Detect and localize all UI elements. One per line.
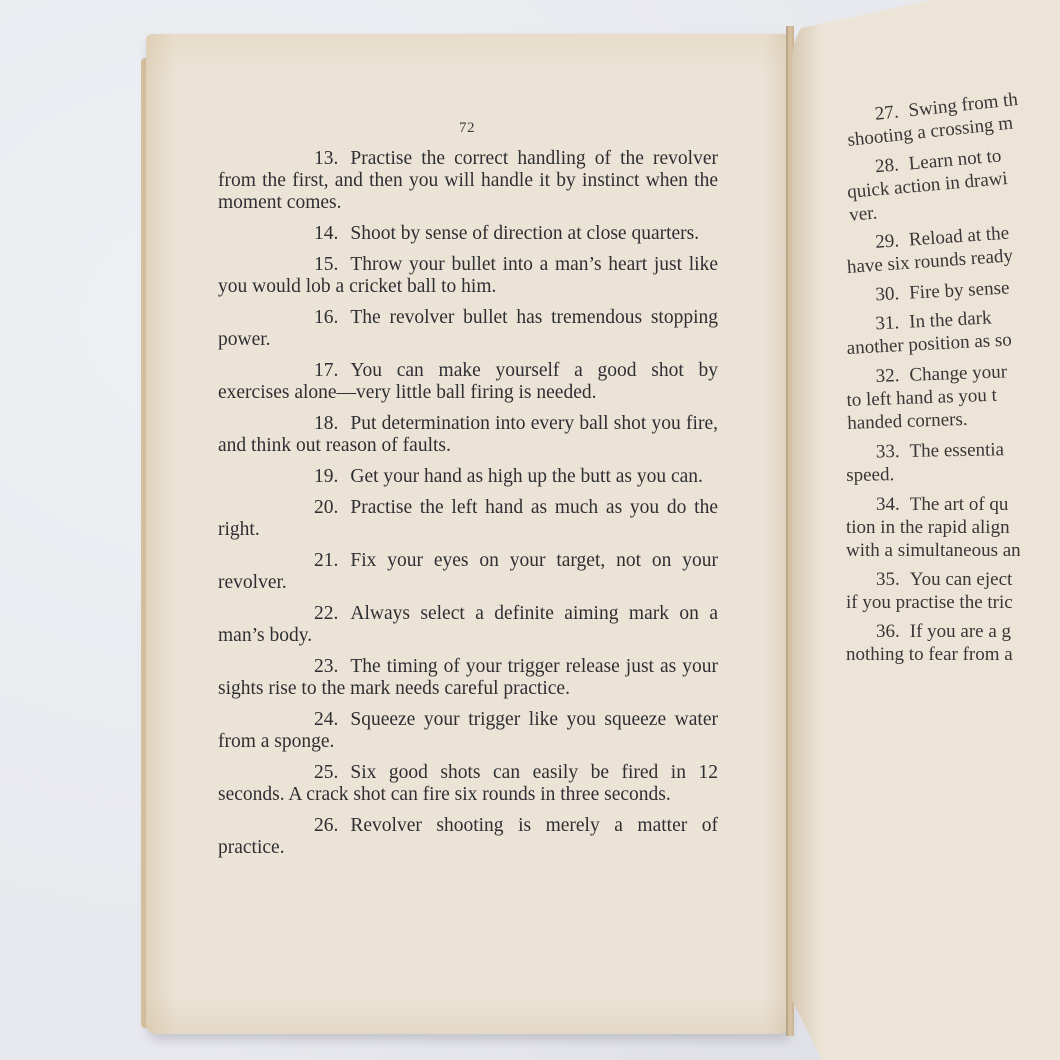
rule-item: 35.You can eject if you practise the tri… [846,568,1060,614]
rule-item: 33.The essentia speed. [846,434,1060,487]
rule-item: 17.You can make yourself a good shot by … [218,360,718,404]
rule-item: 36.If you are a g nothing to fear from a [846,620,1060,666]
rule-item: 23.The timing of your trigger release ju… [218,656,718,700]
rule-item: 22.Always select a definite aiming mark … [218,603,718,647]
left-page: 72 13.Practise the correct handling of t… [146,34,788,1034]
rule-item: 34.The art of qu tion in the rapid align… [846,493,1060,562]
rule-item: 20.Practise the left hand as much as you… [218,497,718,541]
rule-item: 32.Change your to left hand as you t han… [845,351,1060,435]
rule-item: 16.The revolver bullet has tremendous st… [218,307,718,351]
rule-item: 26.Revolver shooting is merely a matter … [218,815,718,859]
rule-item: 15.Throw your bullet into a man’s heart … [218,254,718,298]
page-number: 72 [146,120,788,137]
rule-item: 14.Shoot by sense of direction at close … [218,223,718,245]
rule-item: 19.Get your hand as high up the butt as … [218,466,718,488]
rule-item: 18.Put determination into every ball sho… [218,413,718,457]
rule-item: 21.Fix your eyes on your target, not on … [218,550,718,594]
left-page-text: 13.Practise the correct handling of the … [218,148,718,868]
rule-item: 13.Practise the correct handling of the … [218,148,718,214]
rule-item: 25.Six good shots can easily be fired in… [218,762,718,806]
rule-item: 24.Squeeze your trigger like you squeeze… [218,709,718,753]
right-page-text: 27.Swing from th shooting a crossing m 2… [846,100,1060,672]
